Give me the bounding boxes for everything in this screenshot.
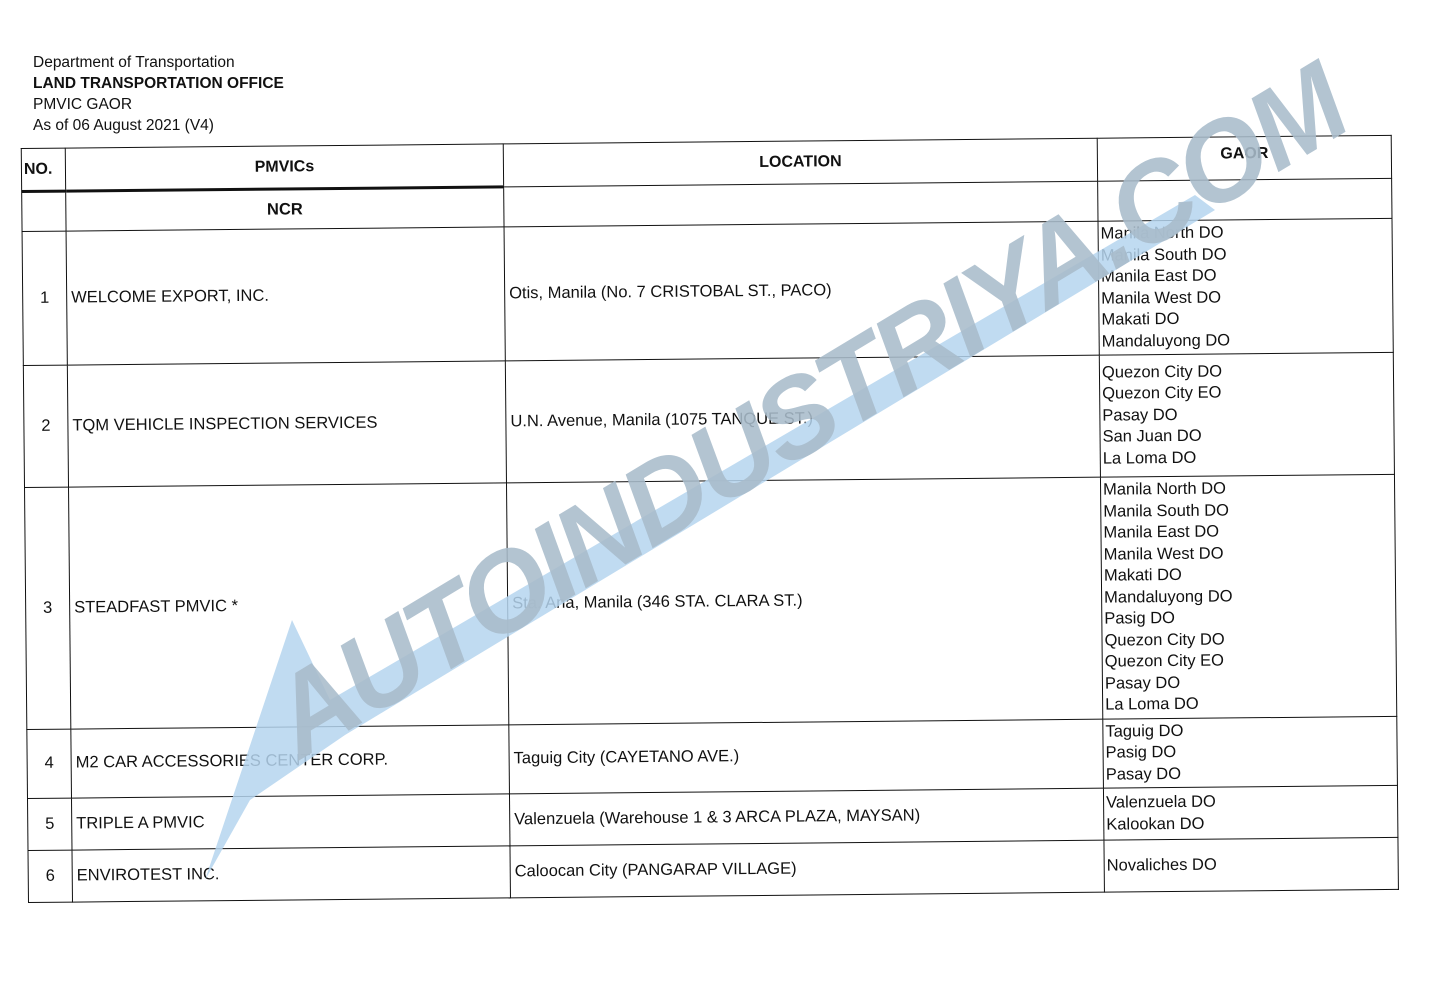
region-gaor-cell — [1098, 178, 1392, 221]
row-number: 4 — [27, 729, 72, 799]
pmvic-name: TQM VEHICLE INSPECTION SERVICES — [67, 361, 506, 487]
gaor-list: Novaliches DO — [1104, 837, 1398, 892]
pmvic-name: ENVIROTEST INC. — [72, 846, 510, 902]
gaor-office: Manila North DO — [1101, 221, 1390, 245]
pmvic-location: Sta. Ana, Manila (346 STA. CLARA ST.) — [506, 477, 1102, 724]
gaor-office: Mandaluyong DO — [1104, 584, 1393, 608]
gaor-list: Manila North DOManila South DOManila Eas… — [1098, 218, 1393, 355]
pmvic-name: TRIPLE A PMVIC — [71, 794, 509, 850]
pmvic-name: WELCOME EXPORT, INC. — [66, 227, 505, 365]
gaor-office: Quezon City DO — [1104, 627, 1393, 651]
gaor-office: Manila West DO — [1104, 541, 1393, 565]
column-header-gaor: GAOR — [1097, 135, 1391, 181]
gaor-office: Quezon City DO — [1102, 360, 1391, 384]
region-label: NCR — [66, 187, 504, 231]
pmvic-location: U.N. Avenue, Manila (1075 TANQUE ST.) — [505, 355, 1100, 483]
column-header-pmvics: PMVICs — [65, 144, 503, 191]
gaor-list: Quezon City DOQuezon City EOPasay DOSan … — [1099, 352, 1394, 477]
department-name: Department of Transportation — [33, 52, 284, 73]
pmvic-table: NO. PMVICs LOCATION GAOR NCR 1WELCOME EX… — [21, 135, 1398, 903]
gaor-office: Pasay DO — [1102, 403, 1391, 427]
pmvic-location: Otis, Manila (No. 7 CRISTOBAL ST., PACO) — [504, 221, 1099, 361]
gaor-office: Makati DO — [1101, 307, 1390, 331]
table-row: 2TQM VEHICLE INSPECTION SERVICESU.N. Ave… — [23, 352, 1394, 487]
gaor-office: Pasay DO — [1106, 761, 1395, 785]
gaor-office: Taguig DO — [1105, 718, 1394, 742]
pmvic-location: Valenzuela (Warehouse 1 & 3 ARCA PLAZA, … — [509, 788, 1103, 846]
column-header-no: NO. — [21, 148, 65, 191]
column-header-location: LOCATION — [503, 138, 1097, 187]
gaor-office: Mandaluyong DO — [1102, 328, 1391, 352]
pmvic-location: Caloocan City (PANGARAP VILLAGE) — [510, 840, 1104, 898]
region-location-cell — [504, 181, 1098, 227]
gaor-office: Quezon City EO — [1105, 649, 1394, 673]
document-subtitle: PMVIC GAOR — [33, 94, 284, 115]
as-of-date: As of 06 August 2021 (V4) — [33, 115, 284, 136]
row-number: 5 — [27, 798, 71, 850]
pmvic-name: STEADFAST PMVIC * — [69, 483, 509, 729]
gaor-list: Valenzuela DOKalookan DO — [1103, 785, 1397, 840]
gaor-office: Pasay DO — [1105, 670, 1394, 694]
gaor-office: Quezon City EO — [1102, 381, 1391, 405]
table-row: 3STEADFAST PMVIC *Sta. Ana, Manila (346 … — [25, 474, 1397, 729]
gaor-office: Kalookan DO — [1106, 811, 1395, 835]
gaor-office: Valenzuela DO — [1106, 790, 1395, 814]
gaor-office: Manila South DO — [1103, 498, 1392, 522]
document-header: Department of Transportation LAND TRANSP… — [33, 52, 284, 136]
gaor-office: Novaliches DO — [1107, 853, 1396, 877]
gaor-list: Taguig DOPasig DOPasay DO — [1103, 716, 1398, 788]
region-no-cell — [22, 191, 66, 231]
gaor-office: Manila North DO — [1103, 477, 1392, 501]
gaor-office: Manila West DO — [1101, 285, 1390, 309]
row-number: 2 — [23, 365, 68, 487]
gaor-office: Manila East DO — [1101, 264, 1390, 288]
gaor-office: Pasig DO — [1104, 606, 1393, 630]
gaor-office: San Juan DO — [1102, 424, 1391, 448]
row-number: 1 — [22, 231, 67, 365]
gaor-office: Makati DO — [1104, 563, 1393, 587]
gaor-office: Manila East DO — [1103, 520, 1392, 544]
pmvic-location: Taguig City (CAYETANO AVE.) — [509, 719, 1104, 794]
gaor-office: Pasig DO — [1106, 740, 1395, 764]
row-number: 6 — [28, 850, 72, 902]
gaor-list: Manila North DOManila South DOManila Eas… — [1100, 474, 1396, 718]
row-number: 3 — [25, 487, 71, 729]
pmvic-name: M2 CAR ACCESSORIES CENTER CORP. — [71, 724, 510, 798]
table-row: 4M2 CAR ACCESSORIES CENTER CORP.Taguig C… — [27, 716, 1398, 799]
gaor-office: La Loma DO — [1105, 692, 1394, 716]
office-name: LAND TRANSPORTATION OFFICE — [33, 73, 284, 94]
document-page: Department of Transportation LAND TRANSP… — [0, 0, 1440, 994]
gaor-office: Manila South DO — [1101, 242, 1390, 266]
gaor-office: La Loma DO — [1103, 446, 1392, 470]
table-row: 1WELCOME EXPORT, INC.Otis, Manila (No. 7… — [22, 218, 1393, 365]
